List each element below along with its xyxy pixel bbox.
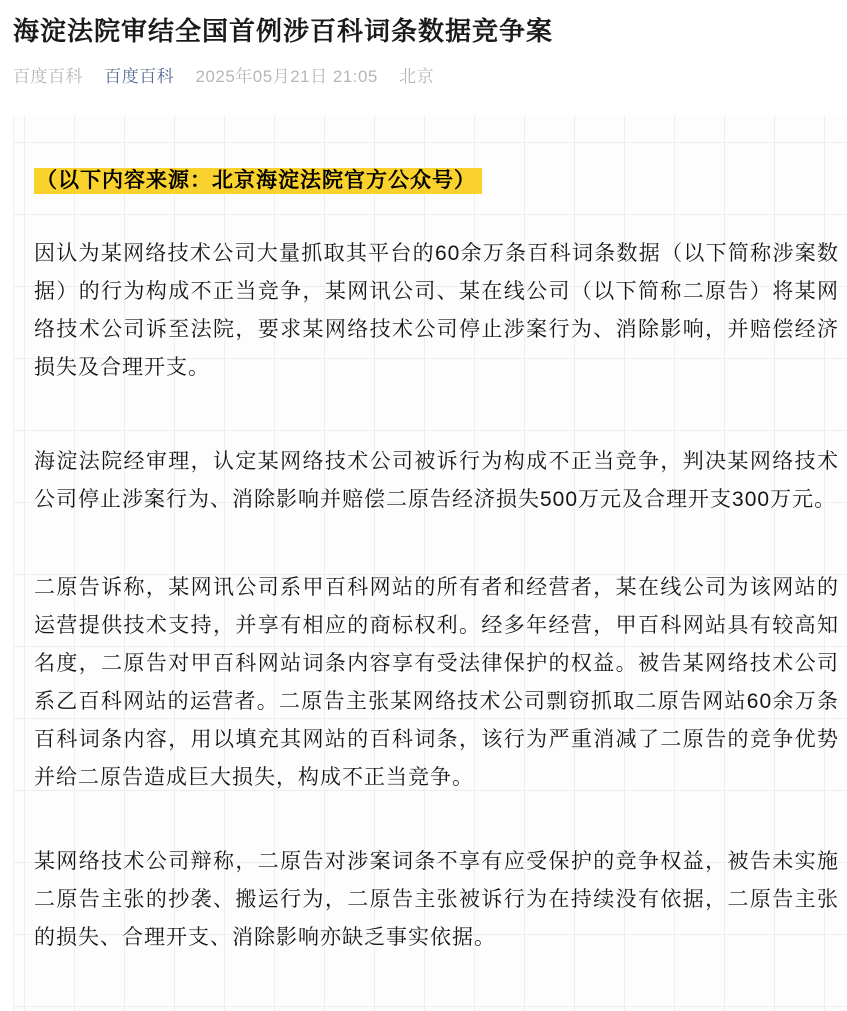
paragraph: 因认为某网络技术公司大量抓取其平台的60余万条百科词条数据（以下简称涉案数据）的… bbox=[34, 235, 839, 387]
article-page: 海淀法院审结全国首例涉百科词条数据竞争案 百度百科 百度百科 2025年05月2… bbox=[0, 0, 847, 1011]
paragraph: 海淀法院经审理，认定某网络技术公司被诉行为构成不正当竞争，判决某网络技术公司停止… bbox=[34, 443, 839, 519]
paragraph: 二原告诉称，某网讯公司系甲百科网站的所有者和经营者，某在线公司为该网站的运营提供… bbox=[34, 569, 839, 797]
article-body: （以下内容来源：北京海淀法院官方公众号） 因认为某网络技术公司大量抓取其平台的6… bbox=[13, 115, 847, 1011]
page-title: 海淀法院审结全国首例涉百科词条数据竞争案 bbox=[13, 14, 833, 48]
article-header: 海淀法院审结全国首例涉百科词条数据竞争案 百度百科 百度百科 2025年05月2… bbox=[0, 0, 847, 115]
account-link[interactable]: 百度百科 bbox=[104, 67, 174, 86]
source-note-line: （以下内容来源：北京海淀法院官方公众号） bbox=[34, 162, 839, 200]
source-note-highlight: （以下内容来源：北京海淀法院官方公众号） bbox=[34, 168, 482, 194]
meta-datetime: 2025年05月21日 21:05 bbox=[195, 67, 377, 86]
article-meta: 百度百科 百度百科 2025年05月21日 21:05 北京 bbox=[13, 66, 833, 88]
meta-location: 北京 bbox=[399, 67, 434, 86]
meta-source-label: 百度百科 bbox=[13, 67, 83, 86]
paragraph: 某网络技术公司辩称，二原告对涉案词条不享有应受保护的竞争权益，被告未实施二原告主… bbox=[34, 843, 839, 957]
